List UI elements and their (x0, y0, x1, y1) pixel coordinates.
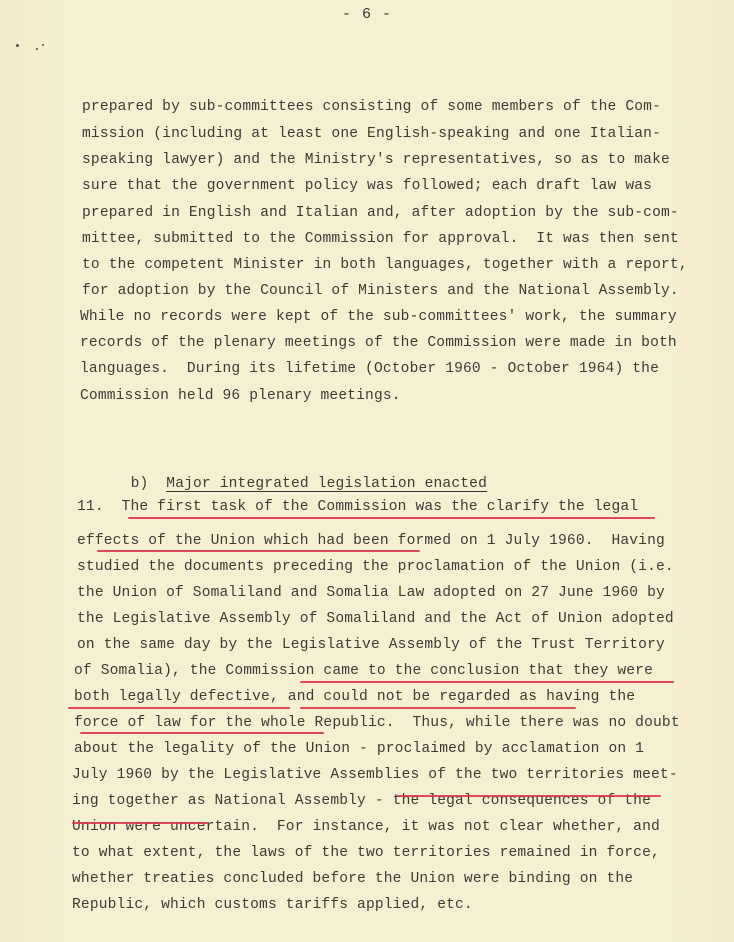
text-line: about the legality of the Union - procla… (74, 742, 644, 757)
red-underline (72, 822, 208, 824)
text-line: to the competent Minister in both langua… (82, 258, 688, 273)
red-underline (128, 517, 655, 519)
text-line: mission (including at least one English-… (82, 127, 661, 142)
text-line: speaking lawyer) and the Ministry's repr… (82, 153, 670, 168)
text-line: records of the plenary meetings of the C… (80, 336, 677, 351)
red-underline (300, 681, 674, 683)
text-line: both legally defective, and could not be… (74, 690, 635, 705)
text-line: force of law for the whole Republic. Thu… (74, 716, 680, 731)
text-line: While no records were kept of the sub-co… (80, 310, 677, 325)
text-line: the Union of Somaliland and Somalia Law … (77, 586, 665, 601)
text-line: effects of the Union which had been form… (77, 534, 665, 549)
text-line: of Somalia), the Commission came to the … (74, 664, 653, 679)
text-line: on the same day by the Legislative Assem… (77, 638, 665, 653)
red-underline (97, 550, 420, 552)
document-page: - 6 - prepared by sub-committees consist… (0, 0, 734, 942)
text-line: Commission held 96 plenary meetings. (80, 389, 401, 404)
text-line: studied the documents preceding the proc… (77, 560, 674, 575)
text-line: Republic, which customs tariffs applied,… (72, 898, 473, 913)
section-heading-label: b) (131, 476, 149, 492)
text-line: sure that the government policy was foll… (82, 179, 652, 194)
text-line: July 1960 by the Legislative Assemblies … (72, 768, 678, 783)
red-underline (300, 707, 576, 709)
text-line: whether treaties concluded before the Un… (72, 872, 633, 887)
red-underline (80, 732, 324, 734)
ink-speck (36, 48, 38, 50)
text-line: 11. The first task of the Commission was… (77, 500, 638, 515)
section-heading-title: Major integrated legislation enacted (166, 476, 487, 492)
red-underline (397, 795, 661, 797)
text-line: for adoption by the Council of Ministers… (82, 284, 679, 299)
red-underline (68, 707, 290, 709)
text-line: mittee, submitted to the Commission for … (82, 232, 679, 247)
ink-speck (42, 44, 44, 46)
text-line: prepared in English and Italian and, aft… (82, 206, 679, 221)
text-line: languages. During its lifetime (October … (80, 362, 659, 377)
text-line: to what extent, the laws of the two terr… (72, 846, 660, 861)
text-line: the Legislative Assembly of Somaliland a… (77, 612, 674, 627)
text-line: prepared by sub-committees consisting of… (82, 100, 661, 115)
ink-speck (16, 44, 19, 47)
page-number: - 6 - (0, 6, 734, 23)
